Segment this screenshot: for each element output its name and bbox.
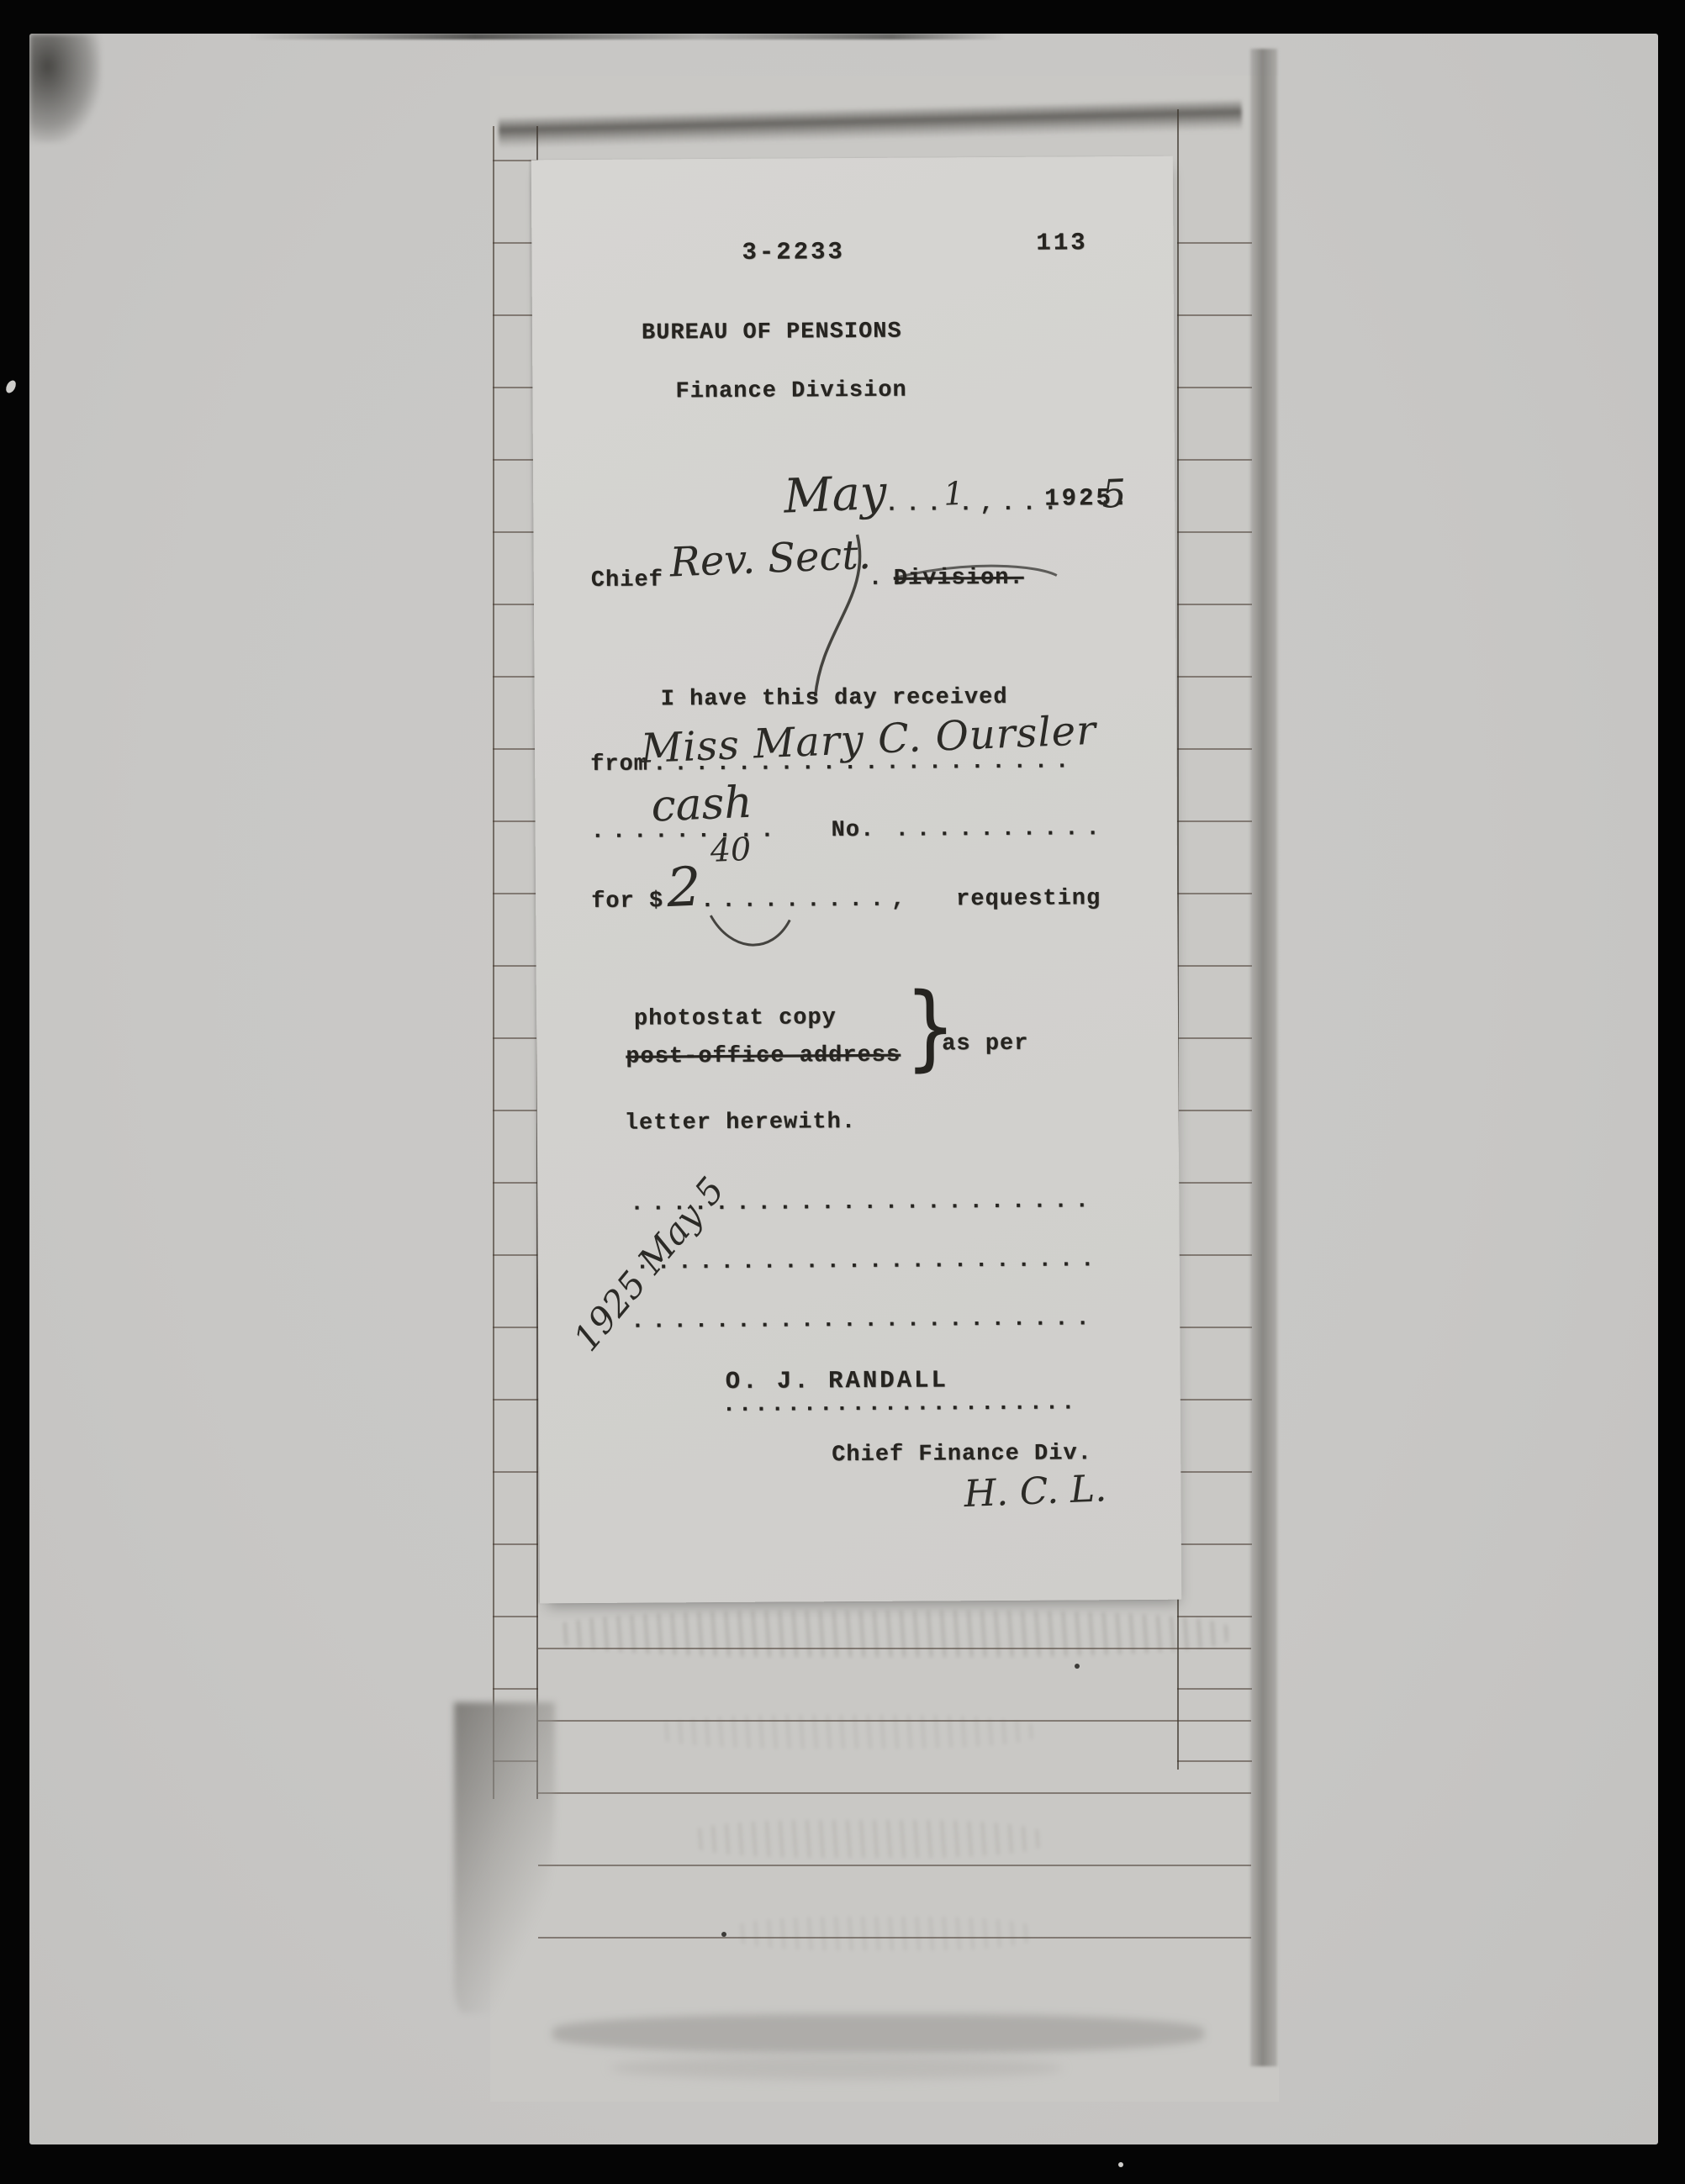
film-speck <box>721 1932 726 1937</box>
blank-dotted-line: ...................... <box>631 1306 1097 1334</box>
film-speck <box>1075 1664 1080 1669</box>
page-edge-shadow-right <box>1250 49 1277 2066</box>
date-leader-a: ... <box>885 492 948 517</box>
bureau-title: BUREAU OF PENSIONS <box>642 319 902 346</box>
no-leader: .......... <box>895 816 1107 843</box>
ink-bleedthrough <box>689 1820 1043 1858</box>
handwritten-rev-sect: Rev. Sect. <box>669 531 872 587</box>
top-edge-tear <box>248 34 1005 40</box>
received-line: I have this day received <box>661 685 1008 713</box>
from-label: from <box>590 752 648 778</box>
bottom-shadow <box>610 2056 1064 2080</box>
film-scratch <box>4 379 18 395</box>
no-label: No. <box>832 818 875 843</box>
brace-glyph: } <box>905 973 957 1081</box>
as-per-label: as per <box>942 1031 1028 1058</box>
ink-bleedthrough <box>656 1715 1034 1749</box>
handwritten-year-overwrite: 5 <box>1101 471 1127 517</box>
blank-dotted-line: ...................... <box>636 1248 1102 1275</box>
for-label: for $ <box>591 889 663 915</box>
ink-bleedthrough <box>555 1611 1228 1657</box>
handwritten-month: May <box>783 466 888 525</box>
ink-bleedthrough <box>732 1917 1034 1950</box>
bottom-smudge <box>552 2014 1204 2053</box>
ledger-right-margin-rules <box>1177 109 1252 1770</box>
handwritten-dollars: 2 <box>666 856 703 920</box>
sheet-number: 113 <box>1036 229 1087 256</box>
signature-leader: ...................... <box>722 1390 1078 1418</box>
scan-background: { "receipt": { "form_number": "3-2233", … <box>0 0 1685 2184</box>
ledger-rows <box>538 1604 1251 2028</box>
film-speck <box>1118 2162 1123 2167</box>
struck-division: Division. <box>894 566 1024 592</box>
amount-leader: ........., <box>700 888 912 915</box>
chief-label: Chief <box>591 567 663 593</box>
signature-title: Chief Finance Div. <box>832 1441 1092 1468</box>
option-post-office-struck: post-office address <box>626 1043 901 1070</box>
letter-herewith-line: letter herewith. <box>625 1110 856 1137</box>
handwritten-cash: cash <box>650 778 753 832</box>
form-number: 3-2233 <box>742 238 845 266</box>
ledger-left-margin-rules <box>493 126 538 1799</box>
handwritten-initials: H. C. L. <box>963 1467 1107 1516</box>
option-photostat: photostat copy <box>634 1005 837 1031</box>
receipt-card: 3-2233 113 BUREAU OF PENSIONS Finance Di… <box>531 156 1181 1604</box>
photo-frame: 3-2233 113 BUREAU OF PENSIONS Finance Di… <box>29 34 1658 2144</box>
handwritten-cents: 40 <box>710 831 752 869</box>
requesting-label: requesting <box>956 886 1101 912</box>
division-subtitle: Finance Division <box>675 378 906 405</box>
corner-smudge <box>29 34 101 143</box>
